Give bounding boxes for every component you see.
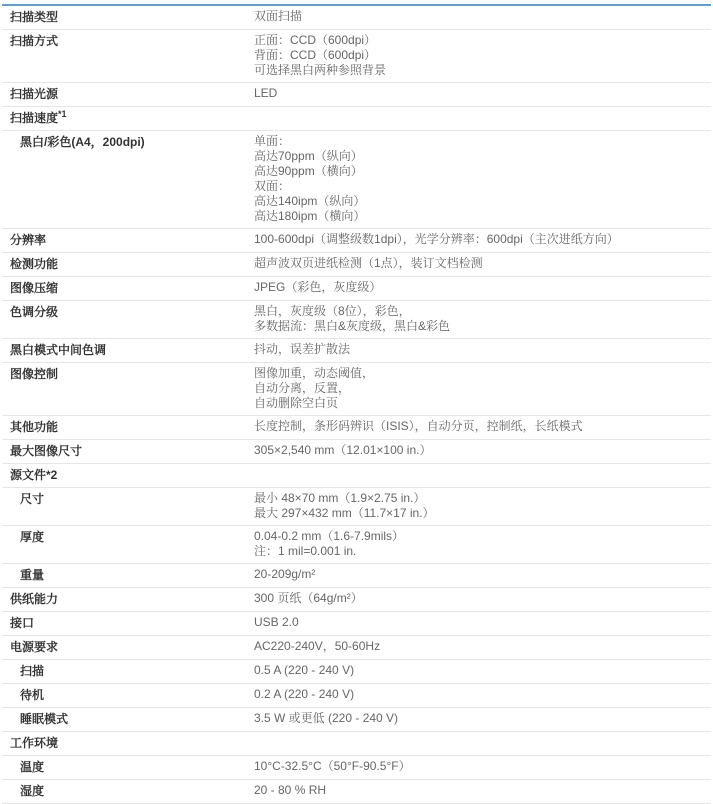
spec-value-line: 双面： xyxy=(254,179,711,194)
spec-row: 电源要求AC220-240V，50-60Hz xyxy=(2,636,711,660)
spec-section-label: 工作环境 xyxy=(10,735,711,751)
spec-label: 色调分级 xyxy=(10,304,254,320)
spec-label: 湿度 xyxy=(10,783,254,799)
spec-row: 扫描方式正面：CCD（600dpi）背面：CCD（600dpi）可选择黑白两种参… xyxy=(2,30,711,83)
spec-section-label: 源文件*2 xyxy=(10,467,711,483)
spec-section-label: 扫描速度*1 xyxy=(10,110,711,126)
spec-value: 20-209g/m² xyxy=(254,567,711,582)
spec-label: 其他功能 xyxy=(10,419,254,435)
spec-value: AC220-240V，50-60Hz xyxy=(254,639,711,654)
label-superscript: *1 xyxy=(58,109,67,119)
spec-value: 100-600dpi（调整级数1dpi），光学分辨率：600dpi（主次进纸方向… xyxy=(254,232,711,247)
spec-value-line: 100-600dpi（调整级数1dpi），光学分辨率：600dpi（主次进纸方向… xyxy=(254,232,711,247)
spec-label: 分辨率 xyxy=(10,232,254,248)
spec-value: 抖动，误差扩散法 xyxy=(254,342,711,357)
spec-label: 检测功能 xyxy=(10,256,254,272)
spec-label: 接口 xyxy=(10,615,254,631)
spec-value: 正面：CCD（600dpi）背面：CCD（600dpi）可选择黑白两种参照背景 xyxy=(254,33,711,78)
spec-value: 300 页纸（64g/m²） xyxy=(254,591,711,606)
spec-row: 黑白模式中间色调抖动，误差扩散法 xyxy=(2,339,711,363)
spec-value: 0.2 A (220 - 240 V) xyxy=(254,687,711,702)
spec-value-line: 抖动，误差扩散法 xyxy=(254,342,711,357)
spec-value-line: 超声波双页进纸检测（1点），装订文档检测 xyxy=(254,256,711,271)
spec-row: 图像压缩JPEG（彩色，灰度级） xyxy=(2,277,711,301)
spec-value-line: 双面扫描 xyxy=(254,9,711,24)
spec-value-line: AC220-240V，50-60Hz xyxy=(254,639,711,654)
spec-label: 温度 xyxy=(10,759,254,775)
spec-value: 双面扫描 xyxy=(254,9,711,24)
spec-label: 图像压缩 xyxy=(10,280,254,296)
spec-value: 20 - 80 % RH xyxy=(254,783,711,798)
spec-row: 扫描0.5 A (220 - 240 V) xyxy=(2,660,711,684)
spec-value-line: 0.04-0.2 mm（1.6-7.9mils） xyxy=(254,529,711,544)
spec-value-line: USB 2.0 xyxy=(254,615,711,630)
spec-value-line: 自动删除空白页 xyxy=(254,396,711,411)
spec-label: 扫描 xyxy=(10,663,254,679)
spec-value: 黑白，灰度级（8位），彩色，多数据流：黑白&灰度级，黑白&彩色 xyxy=(254,304,711,334)
spec-value-line: 长度控制，条形码辨识（ISIS），自动分页，控制纸，长纸模式 xyxy=(254,419,711,434)
spec-value-line: 10°C-32.5°C（50°F-90.5°F） xyxy=(254,759,711,774)
spec-row: 检测功能超声波双页进纸检测（1点），装订文档检测 xyxy=(2,253,711,277)
spec-label: 扫描类型 xyxy=(10,9,254,25)
spec-value-line: 高达140ipm（纵向） xyxy=(254,194,711,209)
spec-label: 睡眠模式 xyxy=(10,711,254,727)
spec-label: 重量 xyxy=(10,567,254,583)
spec-value-line: JPEG（彩色，灰度级） xyxy=(254,280,711,295)
spec-value-line: LED xyxy=(254,86,711,101)
spec-row: 图像控制图像加重，动态阈值，自动分离，反置，自动删除空白页 xyxy=(2,363,711,416)
spec-row: 扫描光源LED xyxy=(2,83,711,107)
spec-value: 最小 48×70 mm（1.9×2.75 in.）最大 297×432 mm（1… xyxy=(254,491,711,521)
spec-value: 长度控制，条形码辨识（ISIS），自动分页，控制纸，长纸模式 xyxy=(254,419,711,434)
spec-value-line: 高达90ppm（横向） xyxy=(254,164,711,179)
spec-label: 供纸能力 xyxy=(10,591,254,607)
spec-value: JPEG（彩色，灰度级） xyxy=(254,280,711,295)
spec-row: 其他功能长度控制，条形码辨识（ISIS），自动分页，控制纸，长纸模式 xyxy=(2,416,711,440)
spec-value-line: 高达70ppm（纵向） xyxy=(254,149,711,164)
spec-value-line: 注：1 mil=0.001 in. xyxy=(254,544,711,559)
spec-row: 黑白/彩色(A4，200dpi)单面：高达70ppm（纵向）高达90ppm（横向… xyxy=(2,131,711,229)
spec-table: 扫描类型双面扫描扫描方式正面：CCD（600dpi）背面：CCD（600dpi）… xyxy=(2,4,711,804)
spec-label: 待机 xyxy=(10,687,254,703)
spec-value-line: 305×2,540 mm（12.01×100 in.） xyxy=(254,443,711,458)
spec-row: 湿度20 - 80 % RH xyxy=(2,780,711,804)
spec-row: 最大图像尺寸305×2,540 mm（12.01×100 in.） xyxy=(2,440,711,464)
spec-value-line: 黑白，灰度级（8位），彩色， xyxy=(254,304,711,319)
spec-label: 电源要求 xyxy=(10,639,254,655)
spec-value-line: 最小 48×70 mm（1.9×2.75 in.） xyxy=(254,491,711,506)
spec-value: 10°C-32.5°C（50°F-90.5°F） xyxy=(254,759,711,774)
spec-value: LED xyxy=(254,86,711,101)
spec-row: 尺寸最小 48×70 mm（1.9×2.75 in.）最大 297×432 mm… xyxy=(2,488,711,526)
spec-value-line: 正面：CCD（600dpi） xyxy=(254,33,711,48)
spec-label: 最大图像尺寸 xyxy=(10,443,254,459)
spec-row: 重量20-209g/m² xyxy=(2,564,711,588)
spec-value: 3.5 W 或更低 (220 - 240 V) xyxy=(254,711,711,726)
spec-value-line: 0.2 A (220 - 240 V) xyxy=(254,687,711,702)
spec-value-line: 可选择黑白两种参照背景 xyxy=(254,63,711,78)
spec-value: USB 2.0 xyxy=(254,615,711,630)
spec-value-line: 自动分离，反置， xyxy=(254,381,711,396)
spec-value-line: 0.5 A (220 - 240 V) xyxy=(254,663,711,678)
spec-section-row: 工作环境 xyxy=(2,732,711,756)
spec-value: 单面：高达70ppm（纵向）高达90ppm（横向）双面：高达140ipm（纵向）… xyxy=(254,134,711,224)
spec-label: 厚度 xyxy=(10,529,254,545)
spec-value-line: 图像加重，动态阈值， xyxy=(254,366,711,381)
spec-value-line: 多数据流：黑白&灰度级，黑白&彩色 xyxy=(254,319,711,334)
spec-value-line: 最大 297×432 mm（11.7×17 in.） xyxy=(254,506,711,521)
spec-row: 色调分级黑白，灰度级（8位），彩色，多数据流：黑白&灰度级，黑白&彩色 xyxy=(2,301,711,339)
spec-value: 0.04-0.2 mm（1.6-7.9mils）注：1 mil=0.001 in… xyxy=(254,529,711,559)
spec-label: 图像控制 xyxy=(10,366,254,382)
spec-row: 接口USB 2.0 xyxy=(2,612,711,636)
spec-label: 扫描方式 xyxy=(10,33,254,49)
spec-value-line: 300 页纸（64g/m²） xyxy=(254,591,711,606)
spec-section-row: 扫描速度*1 xyxy=(2,107,711,131)
spec-value: 0.5 A (220 - 240 V) xyxy=(254,663,711,678)
spec-value: 超声波双页进纸检测（1点），装订文档检测 xyxy=(254,256,711,271)
spec-value-line: 高达180ipm（横向） xyxy=(254,209,711,224)
spec-row: 供纸能力300 页纸（64g/m²） xyxy=(2,588,711,612)
spec-row: 睡眠模式3.5 W 或更低 (220 - 240 V) xyxy=(2,708,711,732)
spec-value-line: 单面： xyxy=(254,134,711,149)
spec-value-line: 20 - 80 % RH xyxy=(254,783,711,798)
spec-label: 扫描光源 xyxy=(10,86,254,102)
spec-row: 厚度0.04-0.2 mm（1.6-7.9mils）注：1 mil=0.001 … xyxy=(2,526,711,564)
spec-row: 待机0.2 A (220 - 240 V) xyxy=(2,684,711,708)
spec-label: 黑白模式中间色调 xyxy=(10,342,254,358)
spec-row: 温度10°C-32.5°C（50°F-90.5°F） xyxy=(2,756,711,780)
spec-value: 305×2,540 mm（12.01×100 in.） xyxy=(254,443,711,458)
spec-value-line: 背面：CCD（600dpi） xyxy=(254,48,711,63)
spec-value: 图像加重，动态阈值，自动分离，反置，自动删除空白页 xyxy=(254,366,711,411)
spec-row: 扫描类型双面扫描 xyxy=(2,6,711,30)
spec-value-line: 20-209g/m² xyxy=(254,567,711,582)
spec-value-line: 3.5 W 或更低 (220 - 240 V) xyxy=(254,711,711,726)
spec-section-row: 源文件*2 xyxy=(2,464,711,488)
spec-label: 尺寸 xyxy=(10,491,254,507)
spec-label: 黑白/彩色(A4，200dpi) xyxy=(10,134,254,150)
spec-row: 分辨率100-600dpi（调整级数1dpi），光学分辨率：600dpi（主次进… xyxy=(2,229,711,253)
